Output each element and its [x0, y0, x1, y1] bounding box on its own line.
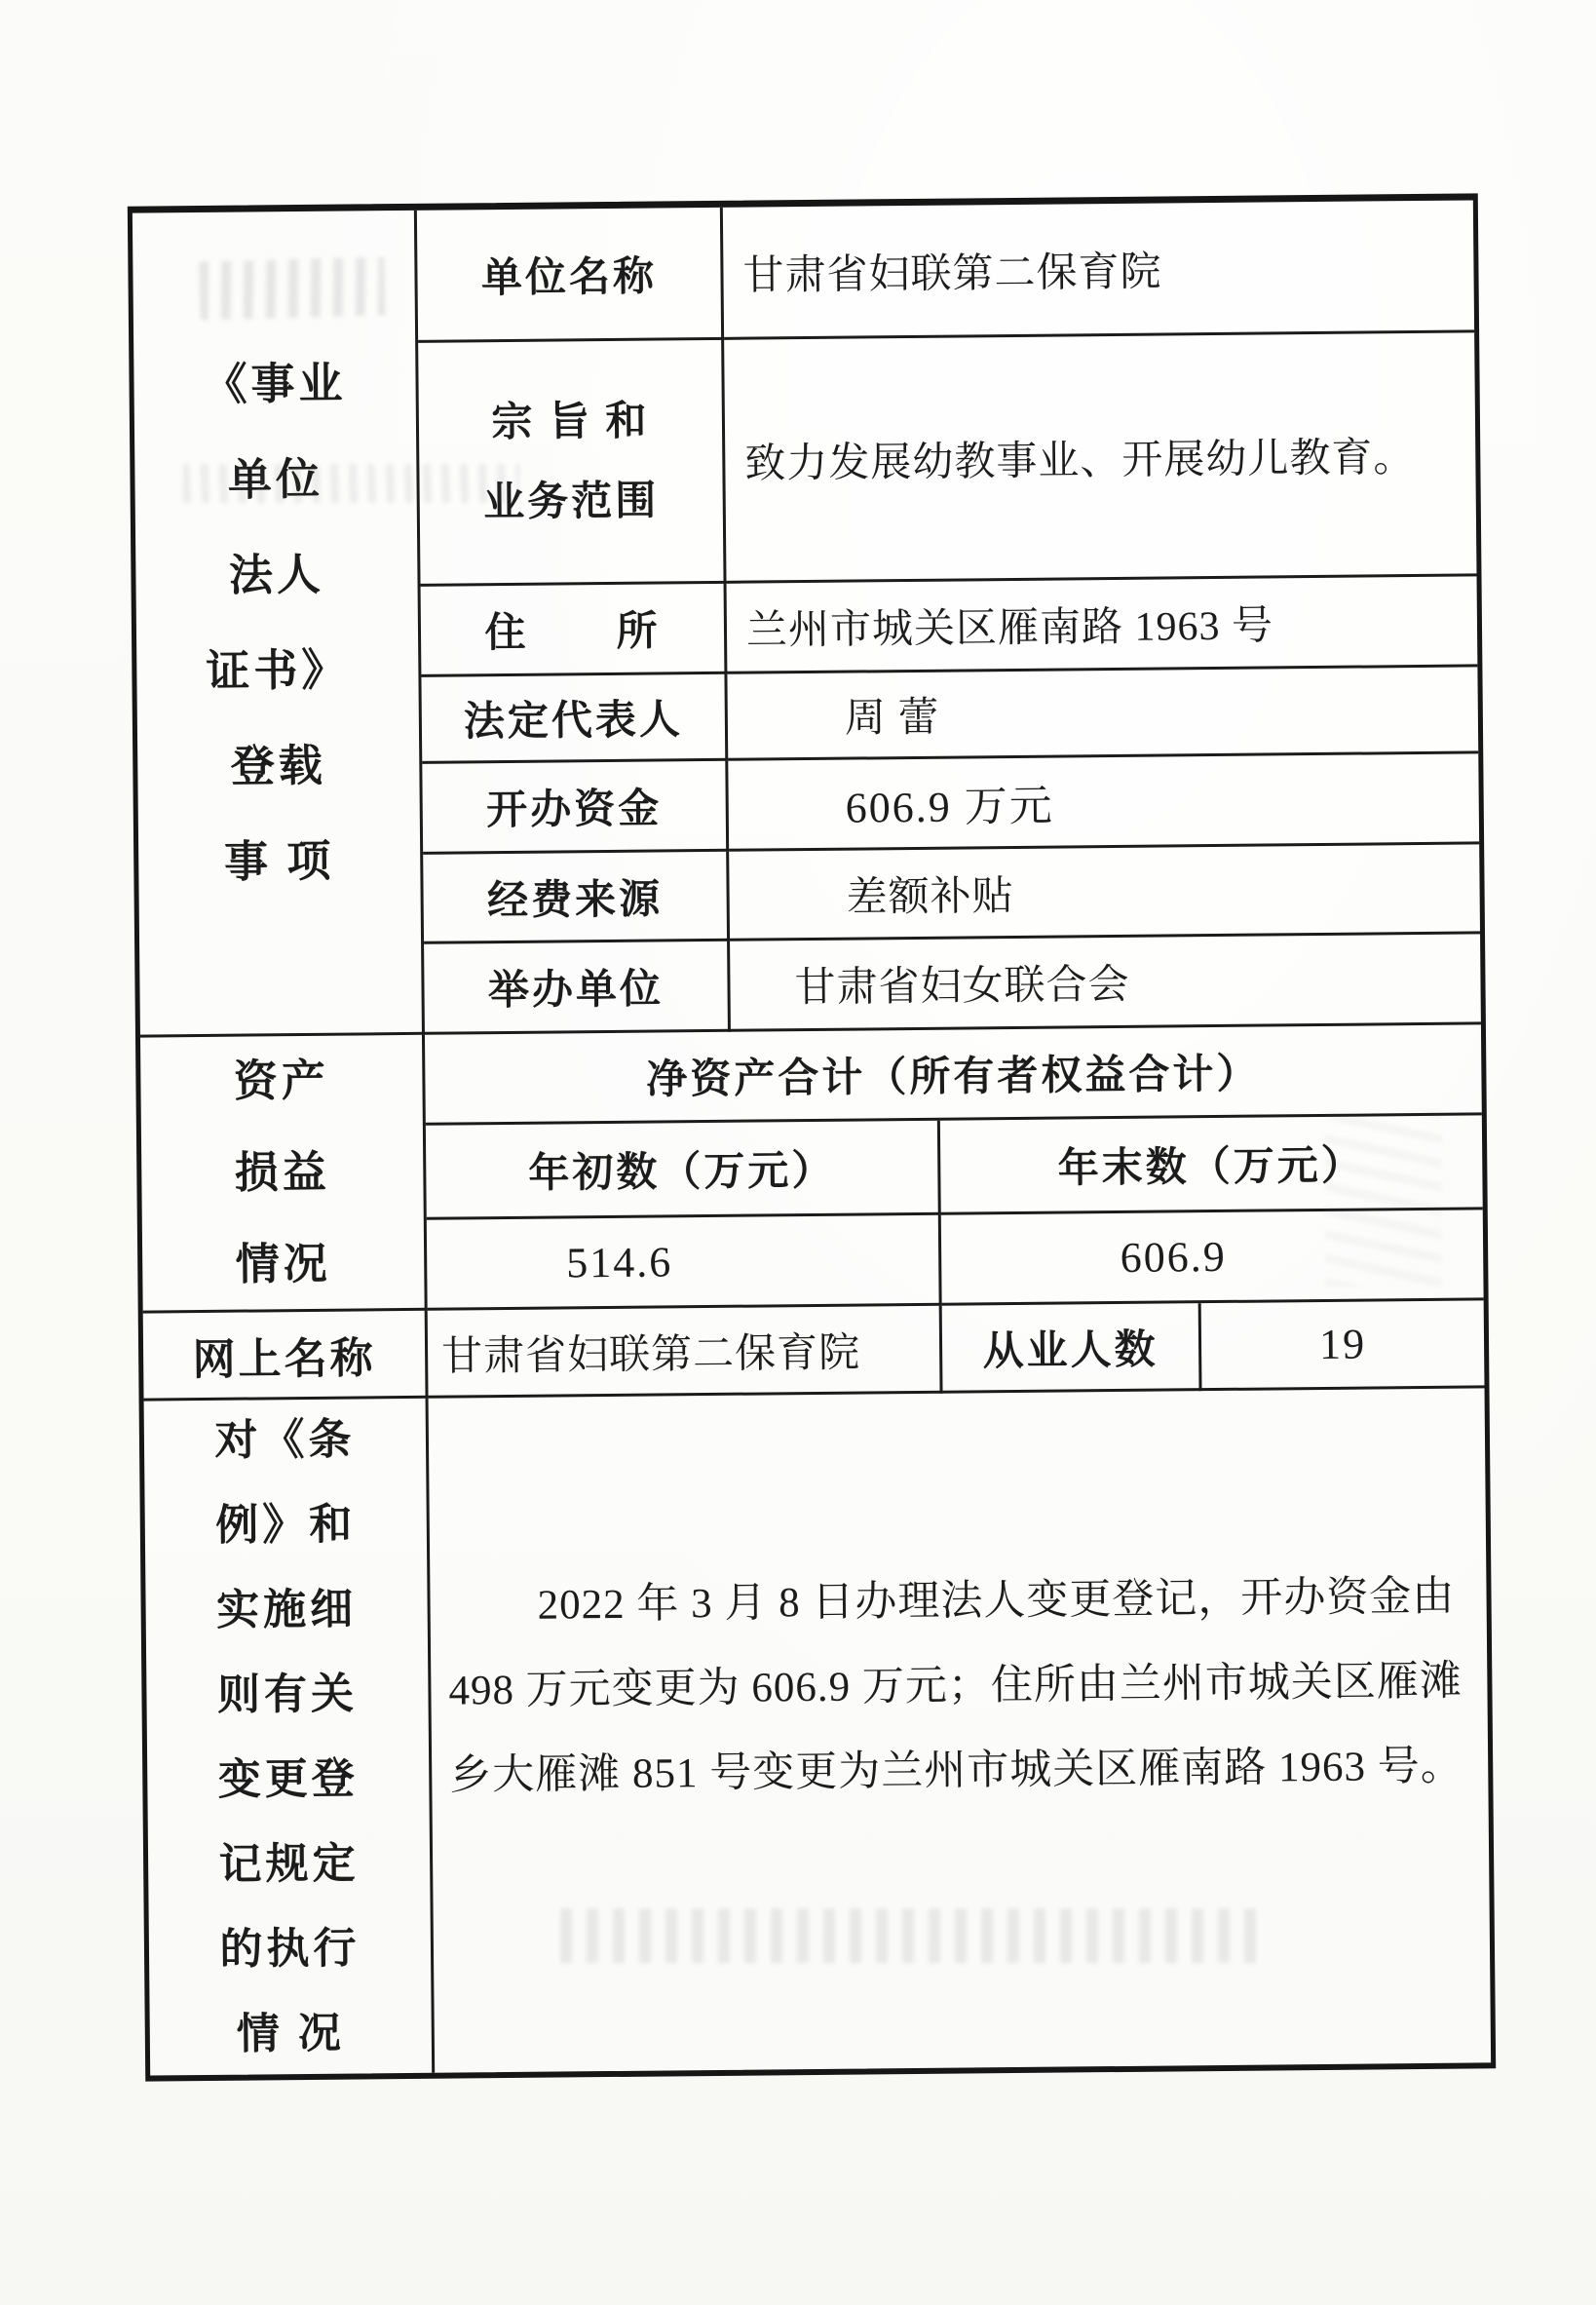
side-label-line: 情 况	[236, 1991, 345, 2076]
compliance-paragraph: 2022 年 3 月 8 日办理法人变更登记，开办资金由 498 万元变更为 6…	[429, 1388, 1492, 2072]
side-label-line: 单位	[228, 431, 324, 527]
compliance-section-side-label: 对《条 例》和 实施细 则有关 变更登 记规定 的执行 情 况	[144, 1399, 436, 2076]
year-begin-header: 年初数（万元）	[426, 1121, 941, 1220]
assets-section-side-label: 资产 损益 情况	[140, 1035, 428, 1314]
side-label-line: 对《条	[214, 1399, 356, 1483]
legal-representative-value: 周 蕾	[727, 667, 1478, 760]
organizer-value: 甘肃省妇女联合会	[730, 934, 1481, 1031]
side-label-line: 则有关	[217, 1652, 359, 1738]
unit-name-label: 单位名称	[417, 208, 724, 343]
organizer-label: 举办单位	[424, 941, 731, 1035]
side-label-line: 实施细	[216, 1567, 358, 1653]
purpose-scope-label-line: 宗 旨 和	[491, 381, 650, 463]
scanned-registration-document: 《事业 单位 法人 证书》 登载 事 项 单位名称 甘肃省妇联第二保育院 宗 旨…	[0, 0, 1596, 2305]
side-label-line: 证书》	[206, 622, 350, 718]
year-end-header: 年末数（万元）	[940, 1115, 1483, 1214]
compliance-paragraph-line: 498 万元变更为 606.9 万元；住所由兰州市城关区雁滩	[448, 1639, 1464, 1734]
side-label-line: 事 项	[224, 813, 335, 909]
legal-representative-label: 法定代表人	[421, 674, 728, 764]
registration-table: 《事业 单位 法人 证书》 登载 事 项 单位名称 甘肃省妇联第二保育院 宗 旨…	[128, 193, 1496, 2081]
side-label-line: 记规定	[218, 1821, 360, 1906]
compliance-paragraph-line: 2022 年 3 月 8 日办理法人变更登记，开办资金由	[447, 1555, 1463, 1649]
purpose-scope-label: 宗 旨 和 业务范围	[418, 340, 726, 587]
side-label-line: 变更登	[217, 1736, 359, 1822]
side-label-line: 情况	[235, 1218, 331, 1311]
side-label-line: 的执行	[219, 1905, 361, 1991]
side-label-line: 资产	[233, 1035, 329, 1128]
side-label-line: 法人	[228, 526, 324, 623]
online-name-value: 甘肃省妇联第二保育院	[428, 1306, 943, 1399]
startup-capital-value: 606.9 万元	[728, 753, 1479, 851]
online-name-label: 网上名称	[143, 1311, 429, 1402]
unit-name-value: 甘肃省妇联第二保育院	[723, 200, 1474, 339]
net-assets-header: 净资产合计（所有者权益合计）	[425, 1024, 1482, 1125]
side-label-line: 损益	[234, 1127, 330, 1219]
year-begin-value: 514.6	[427, 1215, 942, 1311]
address-label: 住 所	[421, 584, 728, 677]
year-end-value: 606.9	[941, 1210, 1484, 1305]
cert-section-side-label: 《事业 单位 法人 证书》 登载 事 项	[133, 211, 425, 1038]
side-label-line: 例》和	[215, 1482, 357, 1568]
side-label-line: 《事业	[203, 335, 347, 432]
funding-source-value: 差额补贴	[729, 844, 1480, 941]
staff-count-value: 19	[1201, 1300, 1485, 1391]
address-value: 兰州市城关区雁南路 1963 号	[727, 576, 1478, 673]
funding-source-label: 经费来源	[423, 852, 730, 944]
purpose-scope-label-line: 业务范围	[483, 461, 660, 543]
purpose-scope-value: 致力发展幼教事业、开展幼儿教育。	[724, 332, 1476, 583]
startup-capital-label: 开办资金	[422, 761, 729, 855]
compliance-paragraph-line: 乡大雁滩 851 号变更为兰州市城关区雁南路 1963 号。	[449, 1724, 1465, 1819]
staff-count-label: 从业人数	[942, 1303, 1202, 1394]
side-label-line: 登载	[230, 717, 326, 814]
